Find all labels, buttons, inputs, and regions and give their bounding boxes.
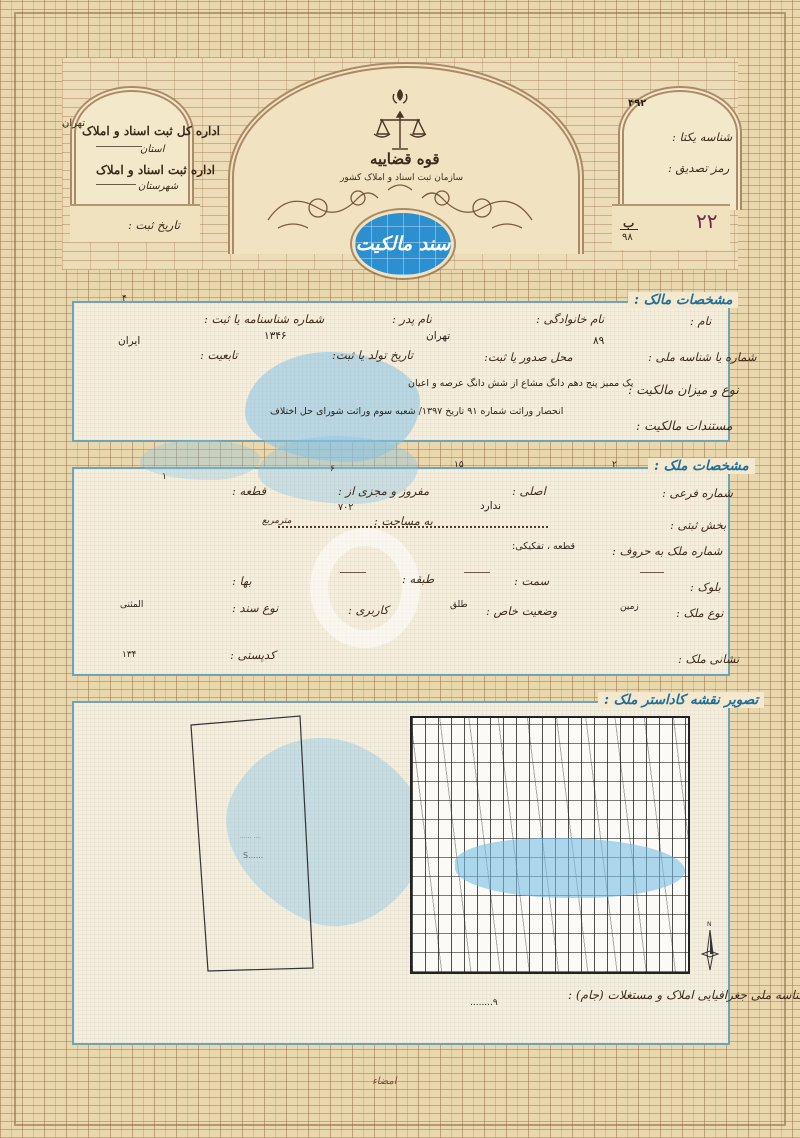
property-top-mark-1: ۲ xyxy=(612,460,617,470)
document-title: سند مالکیت xyxy=(355,213,451,275)
father-name-label: نام پدر : xyxy=(392,312,432,326)
authority-name: قوه قضاییه xyxy=(370,150,440,168)
province-label: استان xyxy=(140,144,165,155)
nationality-label: تابعیت : xyxy=(200,348,238,362)
svg-text:N: N xyxy=(707,921,712,928)
property-top-mark-2: ۱۵ xyxy=(454,460,464,470)
usage-label: کاربری : xyxy=(348,603,389,617)
watermark-emblem xyxy=(310,528,420,648)
address-label: نشانی ملک : xyxy=(678,652,739,666)
series-number: ۲۲ xyxy=(696,209,717,233)
registry-office-local: اداره ثبت اسناد و املاک xyxy=(96,163,215,177)
separated-from-label: مفروز و مجزی از : xyxy=(338,484,429,498)
nationality-value: ایران xyxy=(118,335,140,347)
parcel-number-words-value: قطعه ، تفکیکی: xyxy=(512,541,575,552)
owner-section-title: مشخصات مالک : xyxy=(628,292,738,308)
property-top-mark-4: ۱ xyxy=(162,472,167,482)
owner-top-mark: ۴ xyxy=(122,294,127,304)
separated-from-value: ندارد xyxy=(480,500,501,512)
national-id-label: شماره یا شناسه ملی : xyxy=(648,350,757,364)
special-status-label: وضعیت خاص : xyxy=(486,604,557,618)
family-name-label: نام خانوادگی : xyxy=(536,312,604,326)
registration-date-label: تاریخ ثبت : xyxy=(128,218,180,232)
property-deed-title-badge: سند مالکیت xyxy=(352,210,454,278)
ownership-type-label: نوع و میزان مالکیت : xyxy=(628,382,739,397)
issue-place-label: محل صدور یا ثبت: xyxy=(484,350,573,364)
parcel-label: قطعه : xyxy=(232,484,266,498)
province-value: تهران xyxy=(62,118,85,129)
issue-place-value: تهران xyxy=(426,330,450,342)
area-value: ۷۰۲ xyxy=(338,502,353,513)
birth-date-value: ۱۳۴۶ xyxy=(264,330,287,342)
property-type-label: نوع ملک : xyxy=(676,606,723,620)
id-number-label: شماره شناسنامه یا ثبت : xyxy=(204,312,324,326)
verification-code-label: رمز تصدیق : xyxy=(668,161,729,175)
water-stain xyxy=(140,440,260,480)
postal-code-value: ۱۳۴ xyxy=(122,650,137,660)
area-dotted-line xyxy=(278,526,548,528)
property-section-title: مشخصات ملک : xyxy=(648,458,755,474)
north-arrow-icon: N xyxy=(700,918,720,974)
ownership-docs-value: انحصار وراثت شماره ۹۱ تاریخ ۱۳۹۷/ شعبه س… xyxy=(270,406,563,417)
series-year: ۹۸ xyxy=(622,232,633,243)
parcel-number-words-label: شماره ملک به حروف : xyxy=(612,544,722,558)
footer-signature-stamp: امضاء xyxy=(372,1076,397,1087)
block-label: بلوک : xyxy=(690,580,721,594)
block-line xyxy=(640,572,664,573)
floor-line xyxy=(340,572,366,573)
series-letter: ب xyxy=(623,216,634,230)
geo-id-label: شناسه ملی جغرافیایی املاک و مستغلات (جام… xyxy=(568,988,800,1002)
county-line xyxy=(96,184,136,185)
name-label: نام : xyxy=(690,314,711,328)
special-status-value: طلق xyxy=(450,600,468,610)
county-label: شهرستان xyxy=(138,181,178,192)
property-type-value: زمین xyxy=(620,602,639,612)
tracking-id-label: شناسه یکتا : xyxy=(672,130,732,144)
province-line xyxy=(96,146,142,147)
registry-office-general: اداره کل ثبت اسناد و املاک xyxy=(82,124,220,138)
map-section-title: تصویر نقشه کاداستر ملک : xyxy=(598,692,764,708)
price-label: بها : xyxy=(232,574,252,588)
sub-plate-label: شماره فرعی : xyxy=(662,486,733,500)
property-top-mark-3: ۶ xyxy=(330,464,335,474)
floor-label: طبقه : xyxy=(402,572,434,586)
main-plate-label: اصلی : xyxy=(512,484,546,498)
serial-number: ۴۹۲ xyxy=(628,98,646,109)
postal-code-label: کدپستی : xyxy=(230,648,276,662)
series-divider xyxy=(620,229,638,230)
birth-date-label: تاریخ تولد یا ثبت: xyxy=(332,348,413,362)
side-line xyxy=(464,572,490,573)
ownership-docs-label: مستندات مالکیت : xyxy=(636,418,733,433)
national-id-value: ۸۹ xyxy=(593,335,604,347)
ownership-type-value: یک ممیز پنج دهم دانگ مشاع از شش دانگ عرص… xyxy=(408,378,633,389)
doc-type-label: نوع سند : xyxy=(232,601,278,615)
geo-id-value: ۹........ xyxy=(470,998,498,1008)
side-label: سمت : xyxy=(514,574,549,588)
doc-type-value: المثنی xyxy=(120,600,143,610)
registry-section-label: بخش ثبتی : xyxy=(670,518,726,532)
area-unit: مترمربع xyxy=(262,516,292,526)
